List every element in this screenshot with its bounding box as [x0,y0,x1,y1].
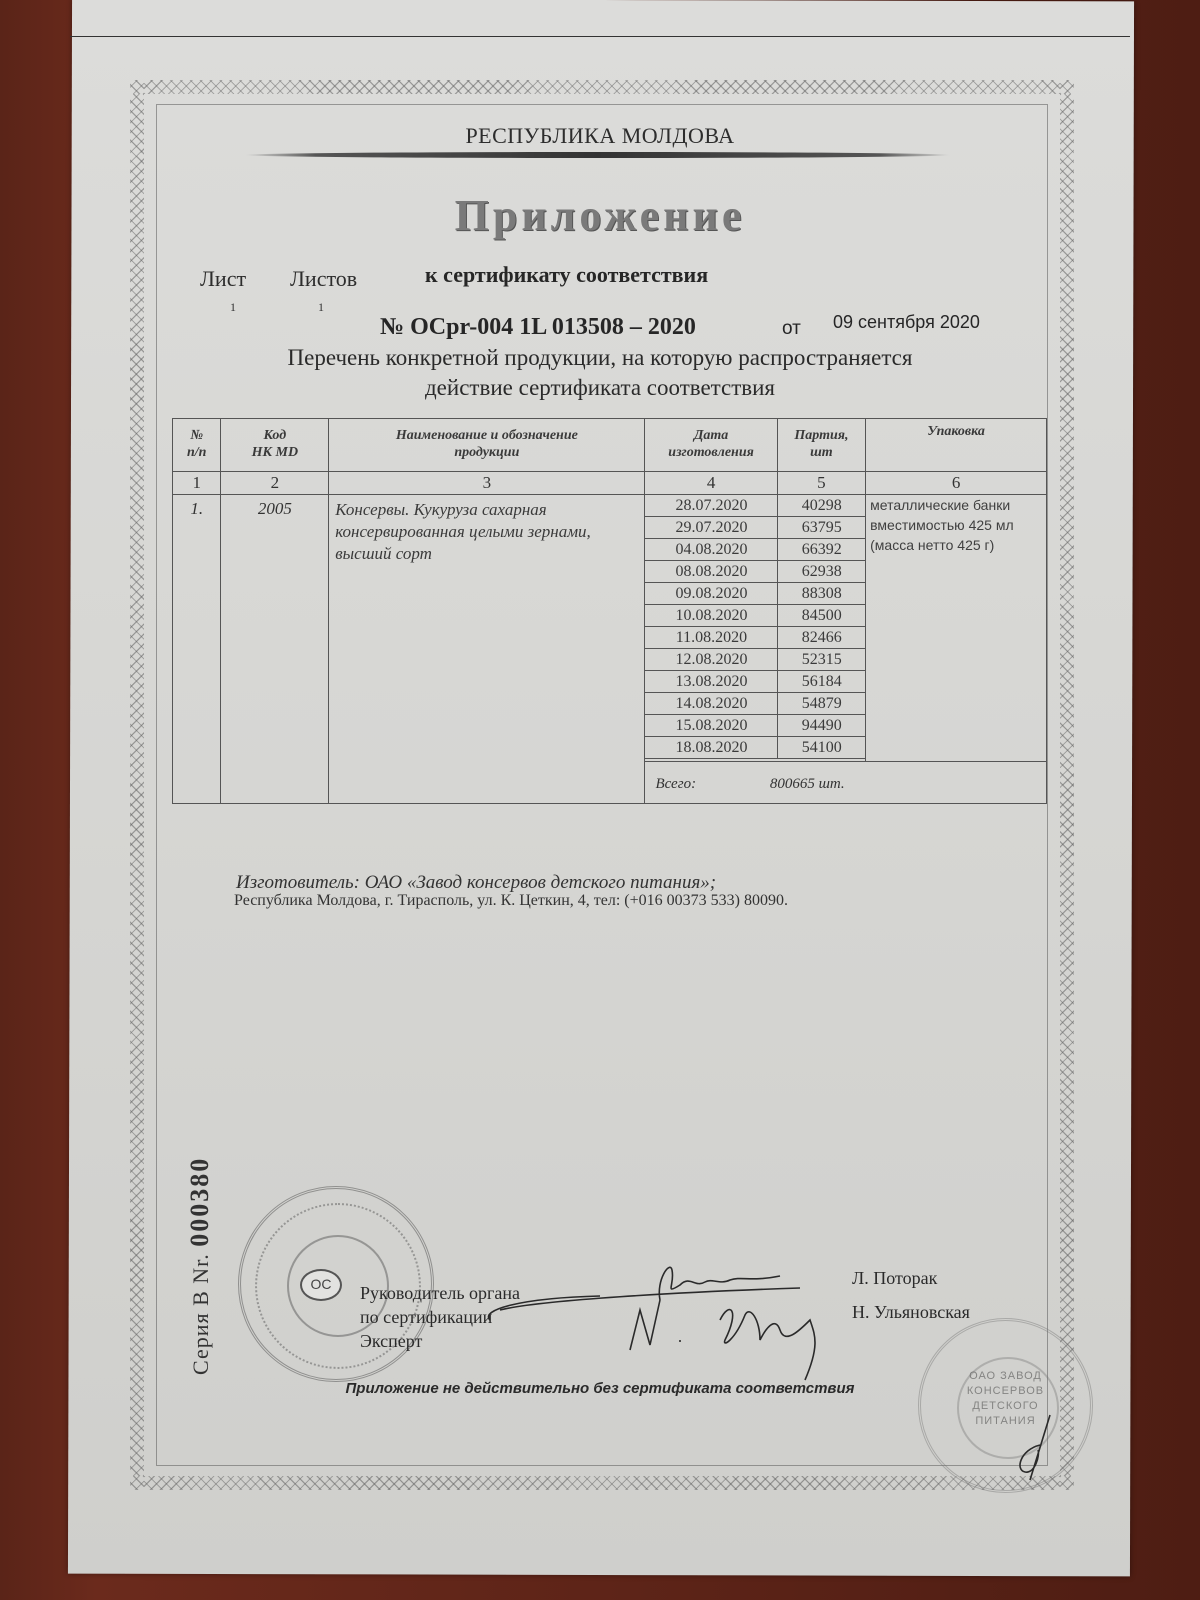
from-label: от [782,318,801,340]
subtitle-line-1: Перечень конкретной продукции, на котору… [0,343,1200,373]
col-header-batch: Партия,шт [777,419,865,472]
expert-name: Н. Ульяновская [852,1302,970,1323]
subtitle-line-2: действие сертификата соответствия [0,373,1200,403]
column-number-row: 1 2 3 4 5 6 [173,472,1047,495]
batches-table: 28.07.20204029829.07.20206379504.08.2020… [645,495,865,759]
batch-row: 15.08.202094490 [645,715,865,737]
sheet-number: 1 [230,300,236,315]
to-certificate-heading: к сертификату соответствия [425,262,708,288]
batch-date: 09.08.2020 [645,583,778,605]
manufacturer-address: Республика Молдова, г. Тирасполь, ул. К.… [234,892,788,910]
total-label: Всего: [655,776,696,793]
row-index: 1. [173,495,221,804]
batch-row: 14.08.202054879 [645,693,865,715]
batch-date: 11.08.2020 [645,627,778,649]
sheets-count: 1 [318,300,324,315]
batch-date: 18.08.2020 [645,737,778,759]
certificate-date: 09 сентября 2020 [833,312,980,333]
batch-quantity: 94490 [778,715,865,737]
batch-row: 13.08.202056184 [645,671,865,693]
col-header-packaging: Упаковка [866,419,1047,472]
country-heading: РЕСПУБЛИКА МОЛДОВА [0,123,1200,149]
batch-date: 12.08.2020 [645,649,778,671]
validity-note: Приложение не действительно без сертифик… [0,1380,1200,1397]
col-number: 4 [645,472,777,495]
batch-row: 10.08.202084500 [645,605,865,627]
total-cell: Всего: 800665 шт. [645,762,1047,804]
batch-date: 04.08.2020 [645,539,778,561]
batch-row: 28.07.202040298 [645,495,865,517]
series-number: Серия В Nr. 000380 [185,1157,215,1375]
row-product-name: Консервы. Кукуруза сахарная консервирова… [329,495,645,804]
col-number: 6 [866,472,1047,495]
batch-quantity: 52315 [778,649,865,671]
batch-row: 12.08.202052315 [645,649,865,671]
batch-row: 08.08.202062938 [645,561,865,583]
batch-quantity: 66392 [778,539,865,561]
batch-row: 09.08.202088308 [645,583,865,605]
series-serial: 000380 [185,1157,214,1247]
batch-row: 18.08.202054100 [645,737,865,759]
ornamental-rule [245,152,950,158]
col-number: 5 [777,472,865,495]
product-table: №п/п КодНК MD Наименование и обозначение… [172,418,1047,804]
table-row: 1. 2005 Консервы. Кукуруза сахарная конс… [173,495,1047,762]
row-packaging: металлические банки вместимостью 425 мл … [866,495,1047,762]
row-code: 2005 [221,495,329,804]
batch-quantity: 82466 [778,627,865,649]
batch-date: 10.08.2020 [645,605,778,627]
total-value: 800665 шт. [770,776,845,793]
batch-date: 29.07.2020 [645,517,778,539]
batch-date: 28.07.2020 [645,495,778,517]
batch-quantity: 54100 [778,737,865,759]
batch-date: 15.08.2020 [645,715,778,737]
col-header-code: КодНК MD [221,419,329,472]
batch-row: 29.07.202063795 [645,517,865,539]
batch-quantity: 40298 [778,495,865,517]
oc-logo-icon: OC [300,1269,342,1301]
batch-quantity: 88308 [778,583,865,605]
batch-date: 08.08.2020 [645,561,778,583]
batch-date: 14.08.2020 [645,693,778,715]
batch-quantity: 54879 [778,693,865,715]
batch-quantity: 62938 [778,561,865,583]
sheets-label: Листов [290,266,357,292]
col-number: 2 [221,472,329,495]
col-number: 1 [173,472,221,495]
series-prefix: Серия В Nr. [188,1253,213,1375]
col-header-name: Наименование и обозначениепродукции [329,419,645,472]
batch-quantity: 84500 [778,605,865,627]
col-header-date: Датаизготовления [645,419,777,472]
manufacturer-label: Изготовитель: ОАО «Завод консервов детск… [236,872,716,894]
certificate-number: № OCpr-004 1L 013508 – 2020 [380,314,696,341]
batches-cell: 28.07.20204029829.07.20206379504.08.2020… [645,495,866,762]
sheet-label: Лист [200,266,246,292]
batch-date: 13.08.2020 [645,671,778,693]
initials-signature-icon [1010,1410,1070,1490]
paper-edge-line [70,36,1130,37]
table-header-row: №п/п КодНК MD Наименование и обозначение… [173,419,1047,472]
head-name: Л. Поторак [852,1268,937,1289]
document-title: Приложение [0,190,1200,241]
col-header-index: №п/п [173,419,221,472]
batch-quantity: 63795 [778,517,865,539]
batch-row: 11.08.202082466 [645,627,865,649]
col-number: 3 [329,472,645,495]
batch-row: 04.08.202066392 [645,539,865,561]
batch-quantity: 56184 [778,671,865,693]
